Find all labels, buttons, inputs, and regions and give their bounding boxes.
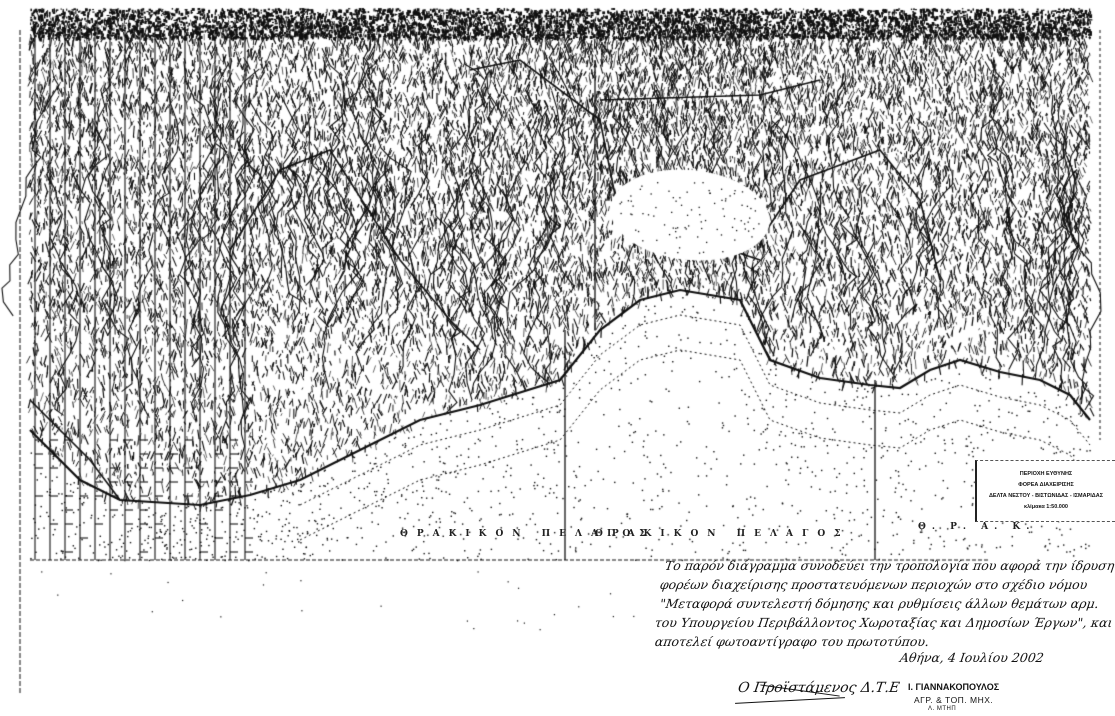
- sea-label-thrace-fragment: Θ. Ρ. Α. Κ.: [918, 522, 1035, 532]
- certification-line-5: αποτελεί φωτοαντίγραφο του πρωτοτύπου.: [654, 634, 930, 649]
- title-block-line-4: κλίμακα 1:50.000: [977, 502, 1115, 513]
- certification-line-1: Το παρόν διάγραμμα συνοδεύει την τροπολο…: [664, 558, 1115, 573]
- title-block-line-2: ΦΟΡΕΑ ΔΙΑΧΕΙΡΙΣΗΣ: [977, 480, 1115, 491]
- title-block-line-1: ΠΕΡΙΟΧΗ ΕΥΘΥΝΗΣ: [977, 469, 1115, 480]
- map-title-block: ΠΕΡΙΟΧΗ ΕΥΘΥΝΗΣ ΦΟΡΕΑ ΔΙΑΧΕΙΡΙΣΗΣ ΔΕΛΤΑ …: [975, 460, 1115, 522]
- stamp-name: Ι. ΓΙΑΝΝΑΚΟΠΟΥΛΟΣ: [908, 682, 999, 692]
- certification-date: Αθήνα, 4 Ιουλίου 2002: [899, 650, 1045, 665]
- sea-label-thracian-sea-east: ΘΡΑΚΙΚΟΝ ΠΕΛΑΓΟΣ: [595, 529, 850, 539]
- stamp-title: ΑΓΡ. & ΤΟΠ. ΜΗΧ.: [914, 695, 993, 705]
- certification-line-3: "Μεταφορά συντελεστή δόμησης και ρυθμίσε…: [659, 596, 1100, 611]
- stamp-sub: Λ. ΜΤΗΠ: [928, 706, 956, 712]
- scanned-map-sheet: ΘΡΑΚΙΚΟΝ ΠΕΛΑΓΟΣ ΘΡΑΚΙΚΟΝ ΠΕΛΑΓΟΣ Θ. Ρ. …: [0, 0, 1115, 716]
- certification-line-2: φορέων διαχείρισης προστατευόμενων περιο…: [659, 577, 1089, 592]
- certification-line-4: του Υπουργείου Περιβάλλοντος Χωροταξίας …: [654, 615, 1114, 630]
- title-block-line-3: ΔΕΛΤΑ ΝΕΣΤΟΥ - ΒΙΣΤΩΝΙΔΑΣ - ΙΣΜΑΡΙΔΑΣ: [977, 491, 1115, 502]
